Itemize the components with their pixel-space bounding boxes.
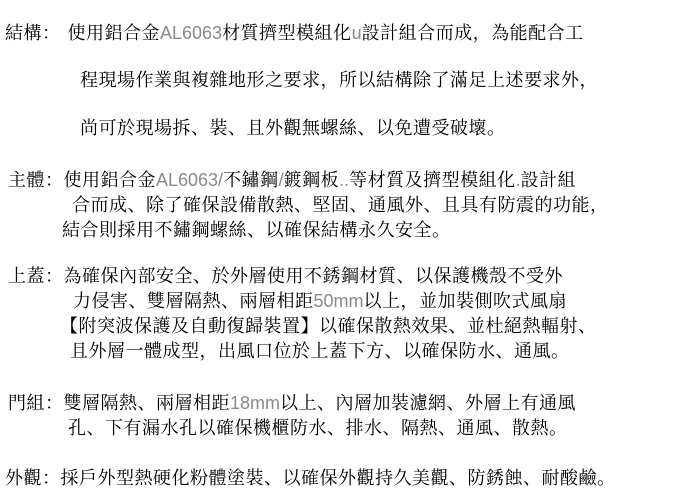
structure-text: 使用鋁合金 bbox=[68, 23, 161, 43]
material-code-al6063: AL6063/ bbox=[156, 170, 223, 190]
spec-document-page: 結構：使用鋁合金AL6063材質擠型模組化u設計組合而成，為能配合工 程現場作業… bbox=[0, 0, 699, 497]
structure-section-label: 結構： bbox=[5, 23, 61, 43]
main-body-line-3: 結合則採用不鏽鋼螺絲、以確保結構永久安全。 bbox=[62, 220, 451, 240]
top-cover-line-3: 【附突波保護及自動復歸裝置】以確保散熱效果、並杜絕熱輻射、 bbox=[60, 316, 597, 336]
main-body-line-2: 合而成、除了確保設備散熱、堅固、通風外、且具有防震的功能， bbox=[72, 195, 609, 215]
material-code-al6063: AL6063 bbox=[160, 23, 222, 43]
top-cover-text: 以上，並加裝側吹式風扇 bbox=[364, 291, 568, 311]
main-body-text: 合而成、除了確保設備散熱、堅固、通風外、且具有防震的功能， bbox=[72, 195, 609, 215]
main-body-text: 不鏽鋼 bbox=[223, 170, 279, 190]
door-assembly-section-label: 門組： bbox=[8, 393, 64, 413]
structure-text: 程現場作業與複雜地形之要求，所以結構除了滿足上述要求外， bbox=[80, 70, 598, 90]
top-cover-line-1: 上蓋：為確保內部安全、於外層使用不銹鋼材質、以保護機殼不受外 bbox=[8, 266, 563, 286]
main-body-text: 設計組 bbox=[521, 170, 577, 190]
structure-line-1: 結構：使用鋁合金AL6063材質擠型模組化u設計組合而成，為能配合工 bbox=[5, 23, 584, 43]
top-cover-line-2: 力侵害、雙層隔熱、兩層相距50mm以上，並加裝側吹式風扇 bbox=[73, 291, 567, 311]
structure-line-2: 程現場作業與複雜地形之要求，所以結構除了滿足上述要求外， bbox=[80, 70, 598, 90]
structure-text: 尚可於現場拆、裝、且外觀無螺絲、以免遭受破壞。 bbox=[80, 118, 506, 138]
main-body-text: 等材質及擠型模組化 bbox=[349, 170, 516, 190]
appearance-section-label: 外觀： bbox=[5, 468, 61, 488]
main-body-text: 使用鋁合金 bbox=[64, 170, 157, 190]
structure-text: 材質擠型模組化 bbox=[222, 23, 352, 43]
top-cover-section-label: 上蓋： bbox=[8, 266, 64, 286]
main-body-text: 鍍鋼板 bbox=[284, 170, 340, 190]
door-assembly-line-2: 孔、下有漏水孔以確保機櫃防水、排水、隔熱、通風、散熱。 bbox=[68, 418, 568, 438]
structure-line-3: 尚可於現場拆、裝、且外觀無螺絲、以免遭受破壞。 bbox=[80, 118, 506, 138]
main-body-section-label: 主體： bbox=[8, 170, 64, 190]
main-body-text: 結合則採用不鏽鋼螺絲、以確保結構永久安全。 bbox=[62, 220, 451, 240]
top-cover-text: 且外層一體成型，出風口位於上蓋下方、以確保防水、通風。 bbox=[70, 341, 570, 361]
door-assembly-text: 孔、下有漏水孔以確保機櫃防水、排水、隔熱、通風、散熱。 bbox=[68, 418, 568, 438]
door-assembly-text: 以上、內層加裝濾網、外層上有通風 bbox=[280, 393, 576, 413]
distance-value-50mm: 50mm bbox=[314, 291, 364, 311]
main-body-line-1: 主體：使用鋁合金AL6063/不鏽鋼/鍍鋼板..等材質及擠型模組化.設計組 bbox=[8, 170, 576, 190]
door-assembly-text: 雙層隔熱、兩層相距 bbox=[64, 393, 231, 413]
top-cover-text: 力侵害、雙層隔熱、兩層相距 bbox=[73, 291, 314, 311]
latin-u: u bbox=[352, 23, 362, 43]
door-assembly-line-1: 門組：雙層隔熱、兩層相距18mm以上、內層加裝濾網、外層上有通風 bbox=[8, 393, 576, 413]
appearance-text: 採戶外型熱硬化粉體塗裝、以確保外觀持久美觀、防銹蝕、耐酸鹼。 bbox=[61, 468, 616, 488]
top-cover-line-4: 且外層一體成型，出風口位於上蓋下方、以確保防水、通風。 bbox=[70, 341, 570, 361]
top-cover-text: 【附突波保護及自動復歸裝置】以確保散熱效果、並杜絕熱輻射、 bbox=[60, 316, 597, 336]
top-cover-text: 為確保內部安全、於外層使用不銹鋼材質、以保護機殼不受外 bbox=[64, 266, 564, 286]
appearance-line-1: 外觀：採戶外型熱硬化粉體塗裝、以確保外觀持久美觀、防銹蝕、耐酸鹼。 bbox=[5, 468, 616, 488]
dots-separator: .. bbox=[339, 170, 349, 190]
distance-value-18mm: 18mm bbox=[230, 393, 280, 413]
structure-text: 設計組合而成，為能配合工 bbox=[362, 23, 584, 43]
